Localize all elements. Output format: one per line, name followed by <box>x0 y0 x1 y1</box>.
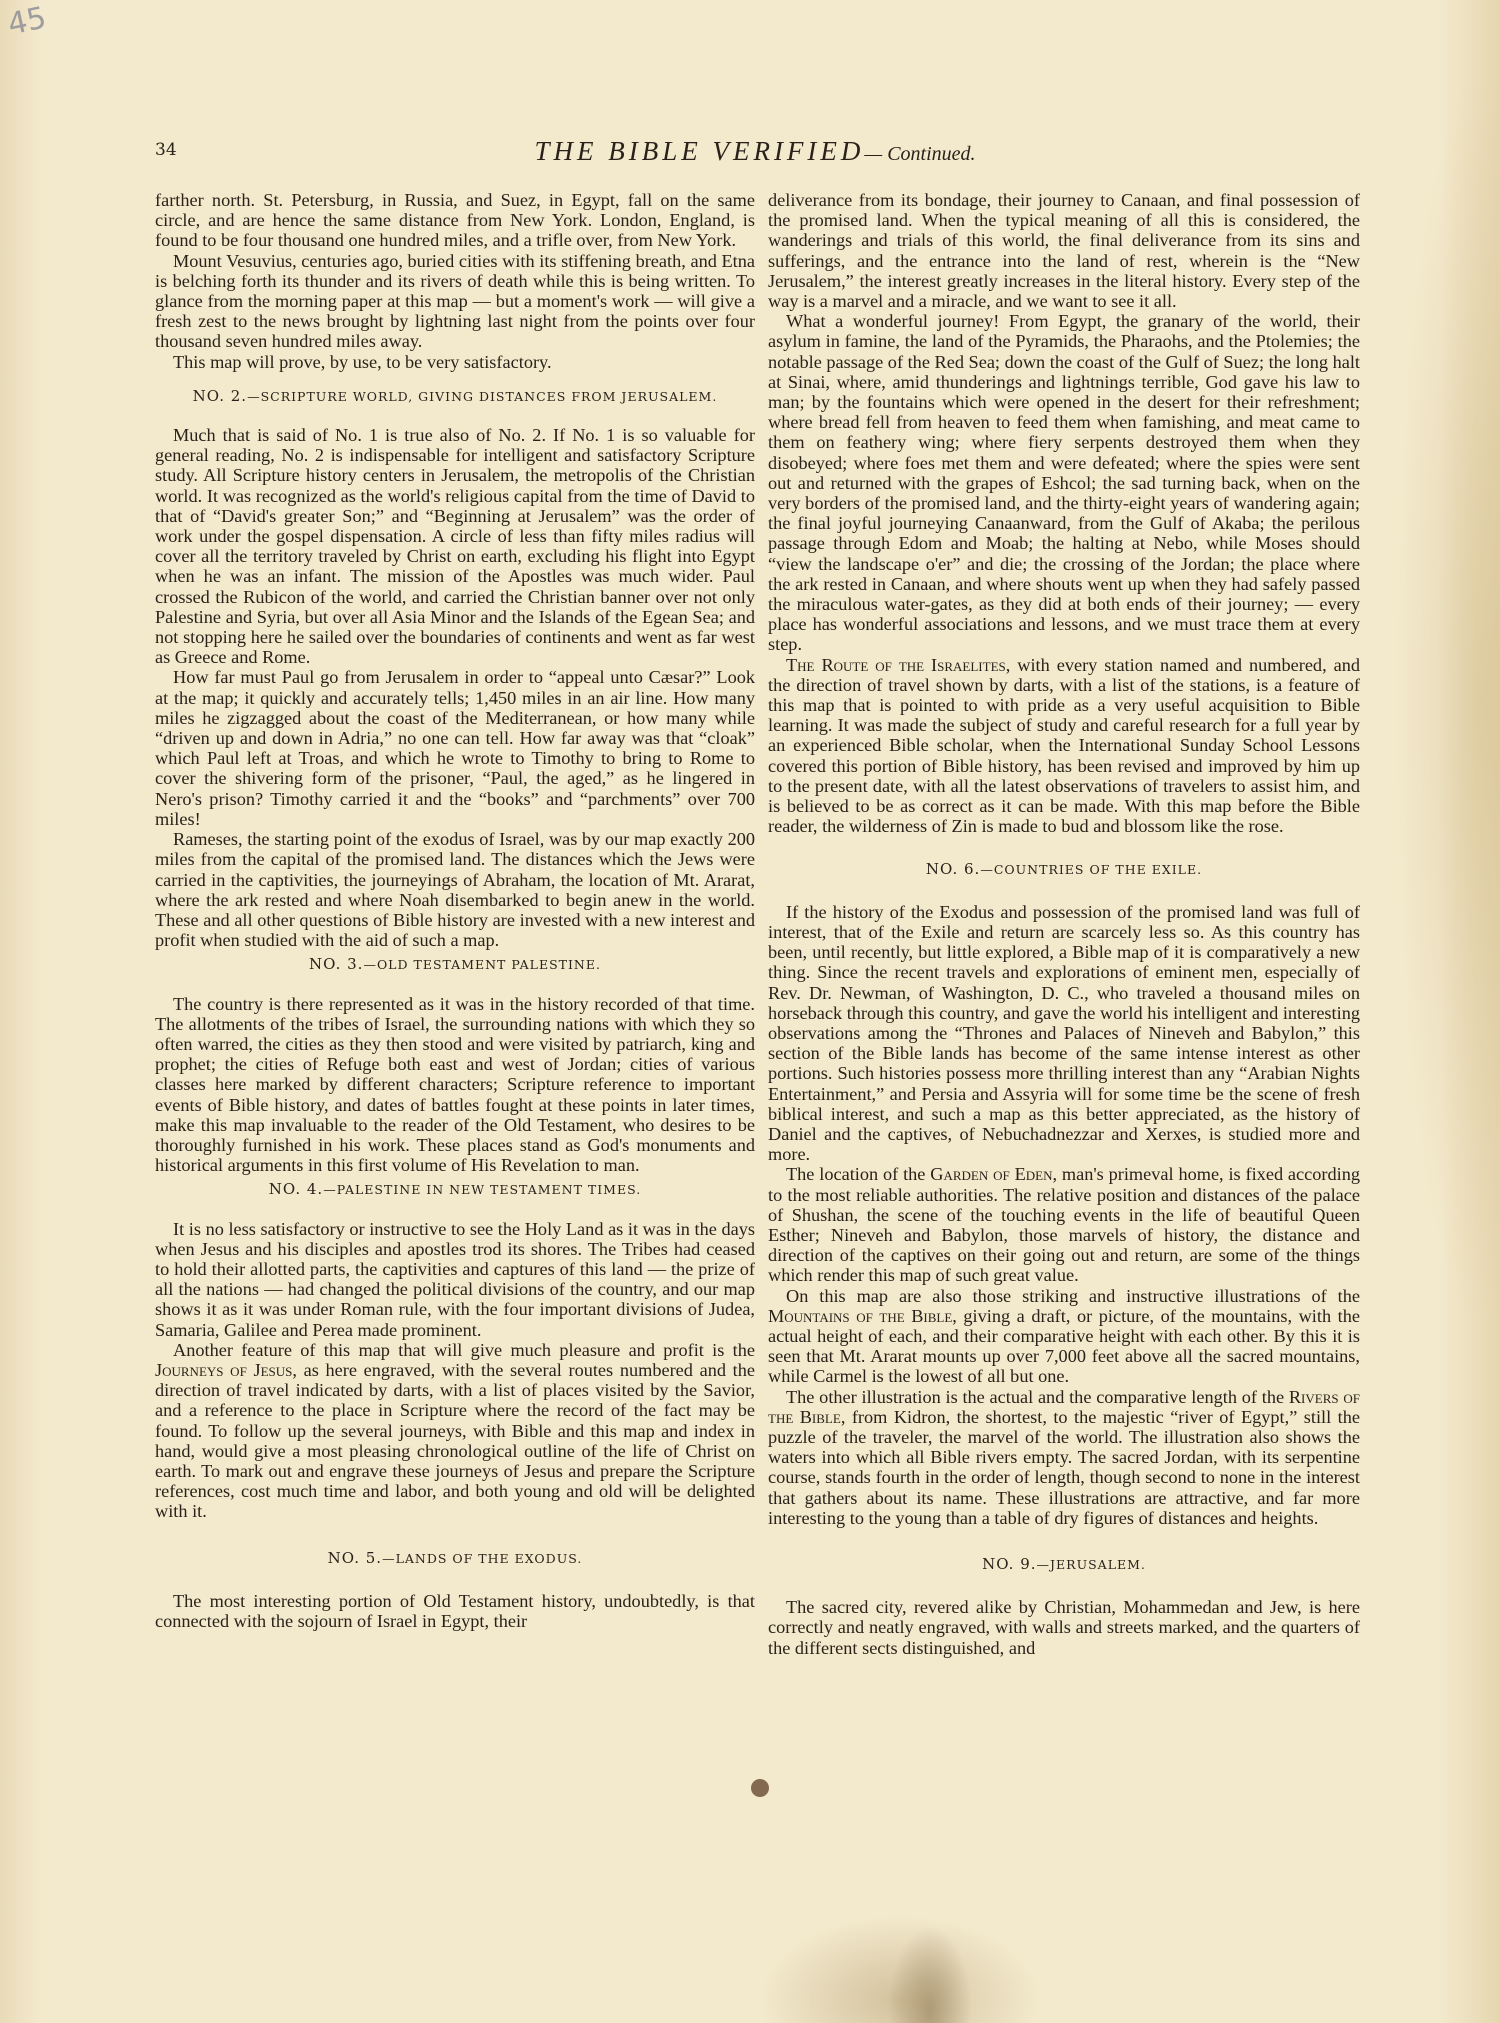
small-caps-term: Garden of Eden <box>930 1164 1052 1184</box>
paragraph: farther north. St. Petersburg, in Russia… <box>155 190 755 251</box>
text-run: The location of the <box>786 1164 930 1184</box>
pencil-margin-note: 45 <box>5 0 50 42</box>
ink-blot <box>751 1779 769 1797</box>
section-number: No. 9. <box>982 1555 1036 1573</box>
section-number: No. 6. <box>926 860 980 878</box>
small-caps-term: The Route of the Israelites <box>786 655 1006 675</box>
title-continued: — Continued. <box>864 143 975 165</box>
section-title: —Jerusalem. <box>1037 1557 1146 1572</box>
text-run: , from Kidron, the shortest, to the maje… <box>768 1407 1360 1528</box>
section-title: —Countries of the Exile. <box>980 862 1202 877</box>
paragraph: The country is there represented as it w… <box>155 994 755 1176</box>
paragraph: The other illustration is the actual and… <box>768 1387 1360 1528</box>
paragraph: deliverance from its bondage, their jour… <box>768 190 1360 311</box>
section-number: No. 2. <box>193 387 247 405</box>
paragraph: The most interesting portion of Old Test… <box>155 1591 755 1631</box>
page-title: THE BIBLE VERIFIED— Continued. <box>150 136 1360 167</box>
paragraph: This map will prove, by use, to be very … <box>155 352 755 372</box>
paragraph: Much that is said of No. 1 is true also … <box>155 425 755 667</box>
text-run: , with every station named and numbered,… <box>768 655 1360 837</box>
running-header: 34 THE BIBLE VERIFIED— Continued. <box>150 136 1360 176</box>
paragraph: How far must Paul go from Jerusalem in o… <box>155 667 755 829</box>
small-caps-term: Journeys of Jesus <box>155 1360 292 1380</box>
left-column: farther north. St. Petersburg, in Russia… <box>155 190 755 1631</box>
right-column: deliverance from its bondage, their jour… <box>768 190 1360 1658</box>
paragraph: Rameses, the starting point of the exodu… <box>155 829 755 950</box>
aged-paper-page: 45 34 THE BIBLE VERIFIED— Continued. far… <box>0 0 1500 2023</box>
text-run: On this map are also those striking and … <box>786 1286 1360 1306</box>
text-run: Another feature of this map that will gi… <box>173 1340 755 1360</box>
section-title: —Scripture World, Giving Distances from … <box>247 389 717 404</box>
section-heading-no9: No. 9.—Jerusalem. <box>768 1554 1360 1575</box>
paragraph: The location of the Garden of Eden, man'… <box>768 1164 1360 1285</box>
paragraph: Another feature of this map that will gi… <box>155 1340 755 1522</box>
section-title: —Palestine in New Testament Times. <box>323 1182 641 1197</box>
section-heading-no5: No. 5.—Lands of the Exodus. <box>155 1548 755 1569</box>
section-heading-no2: No. 2.—Scripture World, Giving Distances… <box>155 386 755 407</box>
paragraph: What a wonderful journey! From Egypt, th… <box>768 311 1360 654</box>
paragraph: If the history of the Exodus and possess… <box>768 902 1360 1165</box>
small-caps-term: Mountains of the Bible <box>768 1306 952 1326</box>
paragraph: Mount Vesuvius, centuries ago, buried ci… <box>155 251 755 352</box>
section-heading-no4: No. 4.—Palestine in New Testament Times. <box>155 1179 755 1200</box>
paragraph: The sacred city, revered alike by Christ… <box>768 1597 1360 1658</box>
text-run: , as here engraved, with the several rou… <box>155 1360 755 1521</box>
paragraph: It is no less satisfactory or instructiv… <box>155 1219 755 1340</box>
section-number: No. 4. <box>269 1180 323 1198</box>
section-title: —Lands of the Exodus. <box>382 1551 582 1566</box>
paragraph: The Route of the Israelites, with every … <box>768 655 1360 837</box>
section-title: —Old Testament Palestine. <box>363 957 601 972</box>
paragraph: On this map are also those striking and … <box>768 1286 1360 1387</box>
title-text: THE BIBLE VERIFIED <box>534 136 864 166</box>
section-heading-no6: No. 6.—Countries of the Exile. <box>768 859 1360 880</box>
text-run: The other illustration is the actual and… <box>786 1387 1289 1407</box>
section-number: No. 5. <box>328 1549 382 1567</box>
section-number: No. 3. <box>309 955 363 973</box>
section-heading-no3: No. 3.—Old Testament Palestine. <box>155 954 755 975</box>
